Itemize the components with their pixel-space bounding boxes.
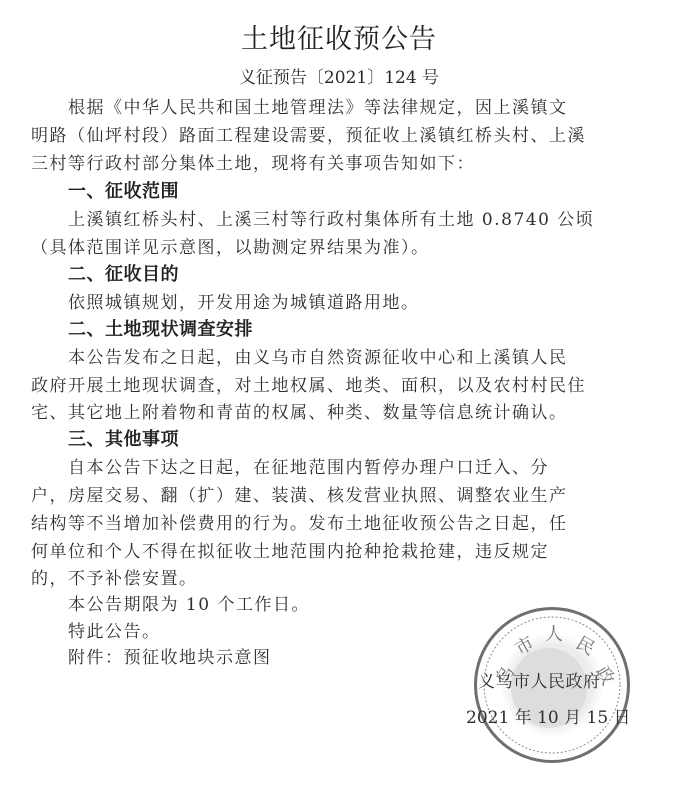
section-heading-purpose: 二、征收目的 [68,263,179,287]
issue-date: 2021 年 10 月 15 日 [466,706,631,730]
seal-ring-char: 人 [545,620,563,646]
body-line: 自本公告下达之日起，在征地范围内暂停办理户口迁入、分 [68,456,668,480]
body-line: 宅、其它地上附着物和青苗的权属、种类、数量等信息统计确认。 [31,401,631,425]
announcement-page: 土地征收预公告 义征预告〔2021〕124 号 根据《中华人民共和国土地管理法》… [0,0,678,786]
body-line: 本公告发布之日起，由义乌市自然资源征收中心和上溪镇人民 [68,346,668,370]
body-line: 户，房屋交易、翻（扩）建、装潢、核发营业执照、调整农业生产 [31,484,631,508]
body-line: 上溪镇红桥头村、上溪三村等行政村集体所有土地 0.8740 公顷 [68,208,668,232]
intro-line: 明路（仙坪村段）路面工程建设需要，预征收上溪镇红桥头村、上溪 [31,124,631,148]
body-line: 依照城镇规划，开发用途为城镇道路用地。 [68,291,668,315]
body-line: 结构等不当增加补偿费用的行为。发布土地征收预公告之日起，任 [31,512,631,536]
intro-line: 根据《中华人民共和国土地管理法》等法律规定，因上溪镇文 [68,96,668,120]
intro-line: 三村等行政村部分集体土地，现将有关事项告知如下： [31,152,631,176]
section-heading-scope: 一、征收范围 [68,180,179,204]
body-line: 的，不予补偿安置。 [31,567,631,591]
body-line: 何单位和个人不得在拟征收土地范围内抢种抢栽抢建，违反规定 [31,540,631,564]
issuing-organization: 义乌市人民政府 [478,670,601,694]
section-heading-other: 三、其他事项 [68,428,179,452]
document-number: 义征预告〔2021〕124 号 [0,66,678,90]
document-title: 土地征收预公告 [0,22,678,58]
section-heading-survey: 二、土地现状调查安排 [68,318,253,342]
body-line: 政府开展土地现状调查，对土地权属、地类、面积，以及农村村民住 [31,374,631,398]
body-line: （具体范围详见示意图，以勘测定界结果为准）。 [31,236,631,260]
